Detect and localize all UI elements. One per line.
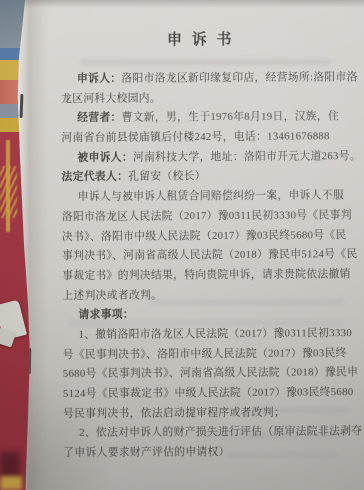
- document-line: 法定代表人：孔留安（校长）: [62, 167, 356, 188]
- document-line: 号《民事判决书》、洛阳市中级人民法院（2017）豫03民终: [63, 344, 357, 365]
- document-line: 上述判决或者改判。: [62, 285, 356, 306]
- paper-sheet: 申 诉 书 申诉人：洛阳市洛龙区新印缘复印店，经营场所:洛阳市洛龙区河科大校园内…: [0, 0, 364, 490]
- document-line: 1、撤销洛阳市洛龙区人民法院（2017）豫0311民初3330: [62, 324, 356, 345]
- document-line: 决书》、洛阳市中级人民法院（2017）豫03民终5680号《民: [62, 226, 356, 247]
- document-line: 了申诉人要求财产评估的申请权）: [63, 442, 357, 463]
- document-body: 申诉人：洛阳市洛龙区新印缘复印店，经营场所:洛阳市洛龙区河科大校园内。经营者：曹…: [61, 68, 357, 464]
- document-line: 请求事项：: [62, 304, 356, 325]
- paper-top-shadow: [0, 0, 364, 8]
- gold-corner: [0, 476, 22, 490]
- document-title: 申 诉 书: [47, 27, 355, 50]
- document-line: 申诉人：洛阳市洛龙区新印缘复印店，经营场所:洛阳市洛: [61, 68, 355, 89]
- document-line: 事裁定书》的判决结果，特向贵院申诉，请求贵院依法撤销: [62, 265, 356, 286]
- document-line: 5680号《民事判决书》、河南省高级人民法院（2018）豫民申: [63, 363, 357, 384]
- fabric-pattern: [0, 166, 17, 218]
- document-line: 2、依法对申诉人的财产损失进行评估（原审法院非法剥夺: [63, 422, 357, 443]
- document-line: 龙区河科大校园内。: [61, 88, 355, 109]
- document-line: 号民事判决书，依法启动提审程序或者改判；: [63, 403, 357, 424]
- document-line: 经营者：曹文新，男，生于1976年8月19日，汉族，住: [61, 107, 355, 128]
- document-photo: 申 诉 书 申诉人：洛阳市洛龙区新印缘复印店，经营场所:洛阳市洛龙区河科大校园内…: [0, 0, 364, 490]
- document-line: 被申诉人：河南科技大学，地址：洛阳市开元大道263号。: [61, 147, 355, 168]
- document-line: 5124号《民事裁定书》中级人民法院（2017）豫03民终5680: [63, 383, 357, 404]
- document-line: 河南省台前县侯庙镇后付楼242号，电话：13461676888: [61, 127, 355, 148]
- document-line: 申诉人与被申诉人租赁合同赔偿纠纷一案，申诉人不服: [62, 186, 356, 207]
- document-line: 事判决书》、河南省高级人民法院（2018）豫民申5124号《民: [62, 245, 356, 266]
- document-content: 申 诉 书 申诉人：洛阳市洛龙区新印缘复印店，经营场所:洛阳市洛龙区河科大校园内…: [61, 27, 358, 464]
- document-line: 洛阳市洛龙区人民法院（2017）豫0311民初3330号《民事判: [62, 206, 356, 227]
